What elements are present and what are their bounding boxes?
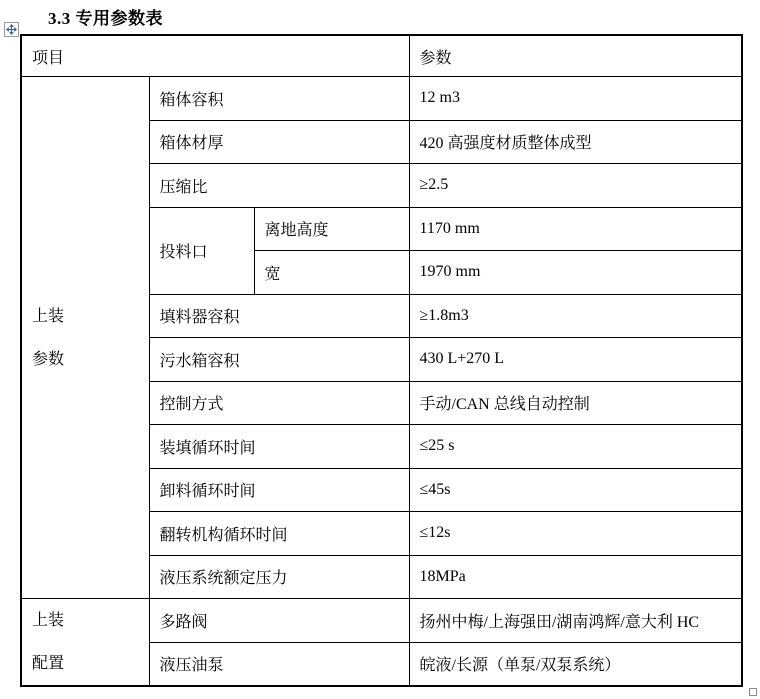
table-resize-handle[interactable] [749,688,757,696]
category-label-line: 上装 [32,295,147,338]
attr-cell[interactable]: 压缩比 [149,164,409,208]
value-cell[interactable]: ≥1.8m3 [409,294,742,338]
value-cell[interactable]: 430 L+270 L [409,338,742,382]
section-title[interactable]: 3.3 专用参数表 [48,4,163,29]
category-label-line: 配置 [32,642,147,685]
value-cell[interactable]: 皖液/长源（单泵/双泵系统） [409,642,742,686]
attr-cell[interactable]: 液压系统额定压力 [149,555,409,599]
value-cell[interactable]: 420 高强度材质整体成型 [409,120,742,164]
value-cell[interactable]: 18MPa [409,555,742,599]
category-label-line: 参数 [32,338,147,381]
table-row: 项目 参数 [21,35,742,77]
attr-cell[interactable]: 箱体容积 [149,77,409,121]
attr-cell[interactable]: 翻转机构循环时间 [149,512,409,556]
value-cell[interactable]: ≤45s [409,468,742,512]
category-cell-upper-params[interactable]: 上装 参数 [21,77,149,599]
value-cell[interactable]: 扬州中梅/上海强田/湖南鸿辉/意大利 HC [409,599,742,643]
sub-attr-cell[interactable]: 宽 [254,251,409,295]
attr-cell[interactable]: 填料器容积 [149,294,409,338]
table-move-handle[interactable] [4,22,19,37]
attr-cell[interactable]: 控制方式 [149,381,409,425]
value-cell[interactable]: 12 m3 [409,77,742,121]
attr-cell[interactable]: 装填循环时间 [149,425,409,469]
value-cell[interactable]: 1970 mm [409,251,742,295]
attr-cell[interactable]: 液压油泵 [149,642,409,686]
value-cell[interactable]: ≥2.5 [409,164,742,208]
group-cell-feed-opening[interactable]: 投料口 [149,207,254,294]
value-cell[interactable]: 1170 mm [409,207,742,251]
header-cell-item[interactable]: 项目 [21,35,409,77]
category-cell-upper-config[interactable]: 上装 配置 [21,599,149,687]
value-cell[interactable]: ≤25 s [409,425,742,469]
table-row: 上装 配置 多路阀 扬州中梅/上海强田/湖南鸿辉/意大利 HC [21,599,742,643]
attr-cell[interactable]: 卸料循环时间 [149,468,409,512]
attr-cell[interactable]: 污水箱容积 [149,338,409,382]
value-cell[interactable]: 手动/CAN 总线自动控制 [409,381,742,425]
attr-cell[interactable]: 多路阀 [149,599,409,643]
table-row: 上装 参数 箱体容积 12 m3 [21,77,742,121]
parameter-table: 项目 参数 上装 参数 箱体容积 12 m3 箱体材厚 420 高强度材质整体成… [20,34,743,687]
sub-attr-cell[interactable]: 离地高度 [254,207,409,251]
header-cell-param[interactable]: 参数 [409,35,742,77]
category-label-line: 上装 [32,599,147,642]
move-cross-icon [6,24,17,35]
attr-cell[interactable]: 箱体材厚 [149,120,409,164]
value-cell[interactable]: ≤12s [409,512,742,556]
